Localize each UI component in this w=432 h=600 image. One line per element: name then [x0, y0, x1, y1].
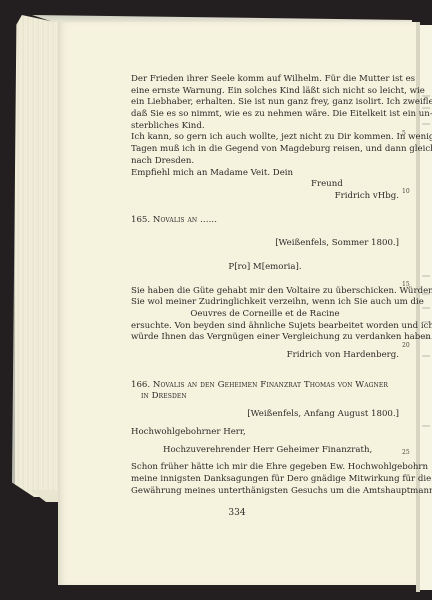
text-line: Tagen muß ich in die Gegend von Magdebur… [131, 144, 399, 156]
text-line: würde Ihnen das Vergnügen einer Vergleic… [131, 332, 399, 344]
letter-title: P[ro] M[emoria]. [131, 262, 399, 274]
text-line: meine innigsten Danksagungen für Dero gn… [131, 474, 399, 486]
letter-recipient-location: in Dresden [131, 391, 399, 403]
text-line: ein Liebhaber, erhalten. Sie ist nun gan… [131, 97, 399, 109]
letter-number: 166. [131, 380, 150, 390]
letter-place-date: [Weißenfels, Anfang August 1800.] [131, 409, 399, 421]
letter-166-heading: 166. Novalis an den Geheimen Finanzrat T… [131, 380, 399, 392]
text-line: Schon früher hätte ich mir die Ehre gege… [131, 462, 399, 474]
letter-place-date: [Weißenfels, Sommer 1800.] [131, 238, 399, 250]
page-text: Der Frieden ihrer Seele komm auf Wilhelm… [131, 74, 399, 497]
letter-recipient: Novalis an den Geheimen Finanzrat Thomas… [153, 380, 388, 390]
text-line: Ich kann, so gern ich auch wollte, jezt … [131, 132, 399, 144]
text-line: daß Sie es so nimmt, wie es zu nehmen wä… [131, 109, 399, 121]
text-line: ersuchte. Von beyden sind ähnliche Sujet… [131, 321, 399, 333]
text-line: sterbliches Kind. [131, 121, 399, 133]
text-line: nach Dresden. [131, 156, 399, 168]
text-line: eine ernste Warnung. Ein solches Kind lä… [131, 86, 399, 98]
letter-closing: Freund [131, 179, 399, 191]
letter-signature: Fridrich von Hardenberg. [131, 350, 399, 362]
centered-book-title: Oeuvres de Corneille et de Racine [131, 309, 399, 321]
letter-recipient: Novalis an ...... [153, 215, 217, 225]
line-number: 5 [402, 130, 406, 137]
text-line: Gewährung meines unterthänigsten Gesuchs… [131, 486, 399, 498]
letter-number: 165. [131, 215, 150, 225]
letter-salutation: Hochwohlgebohrner Herr, [131, 427, 399, 439]
letter-salutation: Hochzuverehrender Herr Geheimer Finanzra… [131, 445, 399, 457]
text-line: Sie haben die Güte gehabt mir den Voltai… [131, 286, 399, 298]
text-line: Sie wol meiner Zudringlichkeit verzeihn,… [131, 297, 399, 309]
text-line: Empfiehl mich an Madame Veit. Dein [131, 168, 399, 180]
line-number: 20 [402, 342, 410, 349]
book-spread: Der Frieden ihrer Seele komm auf Wilhelm… [0, 0, 432, 600]
line-number: 15 [402, 281, 410, 288]
letter-165-heading: 165. Novalis an ...... [131, 215, 399, 227]
text-line: Der Frieden ihrer Seele komm auf Wilhelm… [131, 74, 399, 86]
letter-signature: Fridrich vHbg. [131, 191, 399, 203]
line-number: 25 [402, 449, 410, 456]
line-number: 10 [402, 188, 410, 195]
page-number: 334 [58, 508, 416, 518]
